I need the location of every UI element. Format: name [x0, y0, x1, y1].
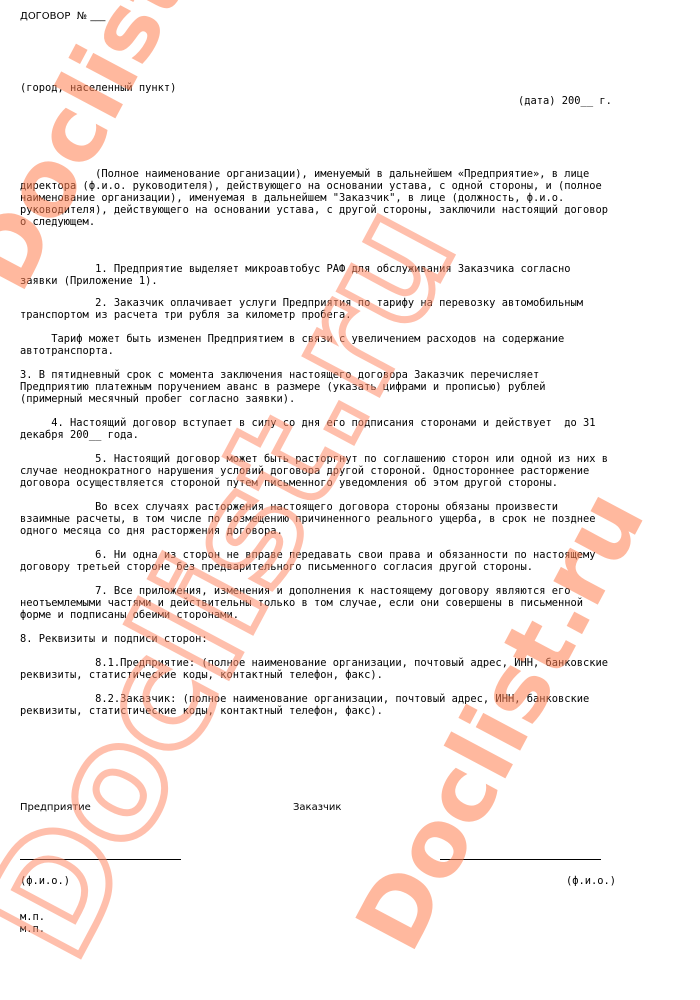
preamble-line: о следующем.	[20, 216, 95, 228]
stamp-mark-2: м.п.	[20, 923, 45, 935]
clause-line: взаимные расчеты, в том числе по возмеще…	[20, 513, 596, 525]
clause-line: заявки (Приложение 1).	[20, 275, 158, 287]
party1-label: Предприятие	[20, 802, 91, 814]
clause-line: 7. Все приложения, изменения и дополнени…	[20, 585, 571, 597]
clause-line: автотранспорта.	[20, 345, 114, 357]
clause-line: 4. Настоящий договор вступает в силу со …	[20, 417, 596, 429]
clause-line: 1. Предприятие выделяет микроавтобус РАФ…	[20, 263, 571, 275]
date-placeholder: (дата) 200__ г.	[518, 95, 612, 107]
clause-line: 8. Реквизиты и подписи сторон:	[20, 633, 208, 645]
party1-signature-line	[20, 859, 181, 860]
document-title: ДОГОВОР № ___	[20, 11, 105, 23]
party2-label: Заказчик	[293, 802, 341, 814]
clause-line: 8.1.Предприятие: (полное наименование ор…	[20, 657, 608, 669]
clause-line: реквизиты, статистические коды, контактн…	[20, 669, 383, 681]
preamble-line: директора (ф.и.о. руководителя), действу…	[20, 180, 602, 192]
clause-line: транспортом из расчета три рубля за кило…	[20, 309, 352, 321]
clause-line: случае неоднократного нарушения условий …	[20, 465, 589, 477]
clause-line: договора осуществляется стороной путем п…	[20, 477, 558, 489]
clause-line: Предприятию платежным поручением аванс в…	[20, 381, 545, 393]
clause-line: реквизиты, статистические коды, контактн…	[20, 705, 383, 717]
clause-line: 6. Ни одна из сторон не вправе передават…	[20, 549, 596, 561]
party2-name-hint: (ф.и.о.)	[566, 875, 616, 887]
party1-name-hint: (ф.и.о.)	[20, 875, 70, 887]
clause-line: 2. Заказчик оплачивает услуги Предприяти…	[20, 297, 583, 309]
clause-line: Тариф может быть изменен Предприятием в …	[20, 333, 564, 345]
clause-line: Во всех случаях расторжения настоящего д…	[20, 501, 558, 513]
clause-line: 5. Настоящий договор может быть расторгн…	[20, 453, 608, 465]
preamble-line: руководителя), действующего на основании…	[20, 204, 608, 216]
party2-signature-line	[440, 859, 601, 860]
contract-document: ДОГОВОР № ___ (город, населенный пункт) …	[0, 0, 700, 1000]
clause-line: декабря 200__ года.	[20, 429, 139, 441]
clause-line: 3. В пятидневный срок с момента заключен…	[20, 369, 539, 381]
city-placeholder: (город, населенный пункт)	[20, 82, 176, 94]
clause-line: договору третьей стороне без предварител…	[20, 561, 533, 573]
clause-line: форме и подписаны обеими сторонами.	[20, 609, 239, 621]
preamble-line: (Полное наименование организации), имену…	[20, 168, 589, 180]
clause-line: неотъемлемыми частями и действительны то…	[20, 597, 583, 609]
clause-line: 8.2.Заказчик: (полное наименование орган…	[20, 693, 589, 705]
stamp-mark-1: м.п.	[20, 911, 45, 923]
preamble-line: наименование организации), именуемая в д…	[20, 192, 564, 204]
clause-line: одного месяца со дня расторжения договор…	[20, 525, 283, 537]
clause-line: (примерный месячный пробег согласно заяв…	[20, 393, 295, 405]
